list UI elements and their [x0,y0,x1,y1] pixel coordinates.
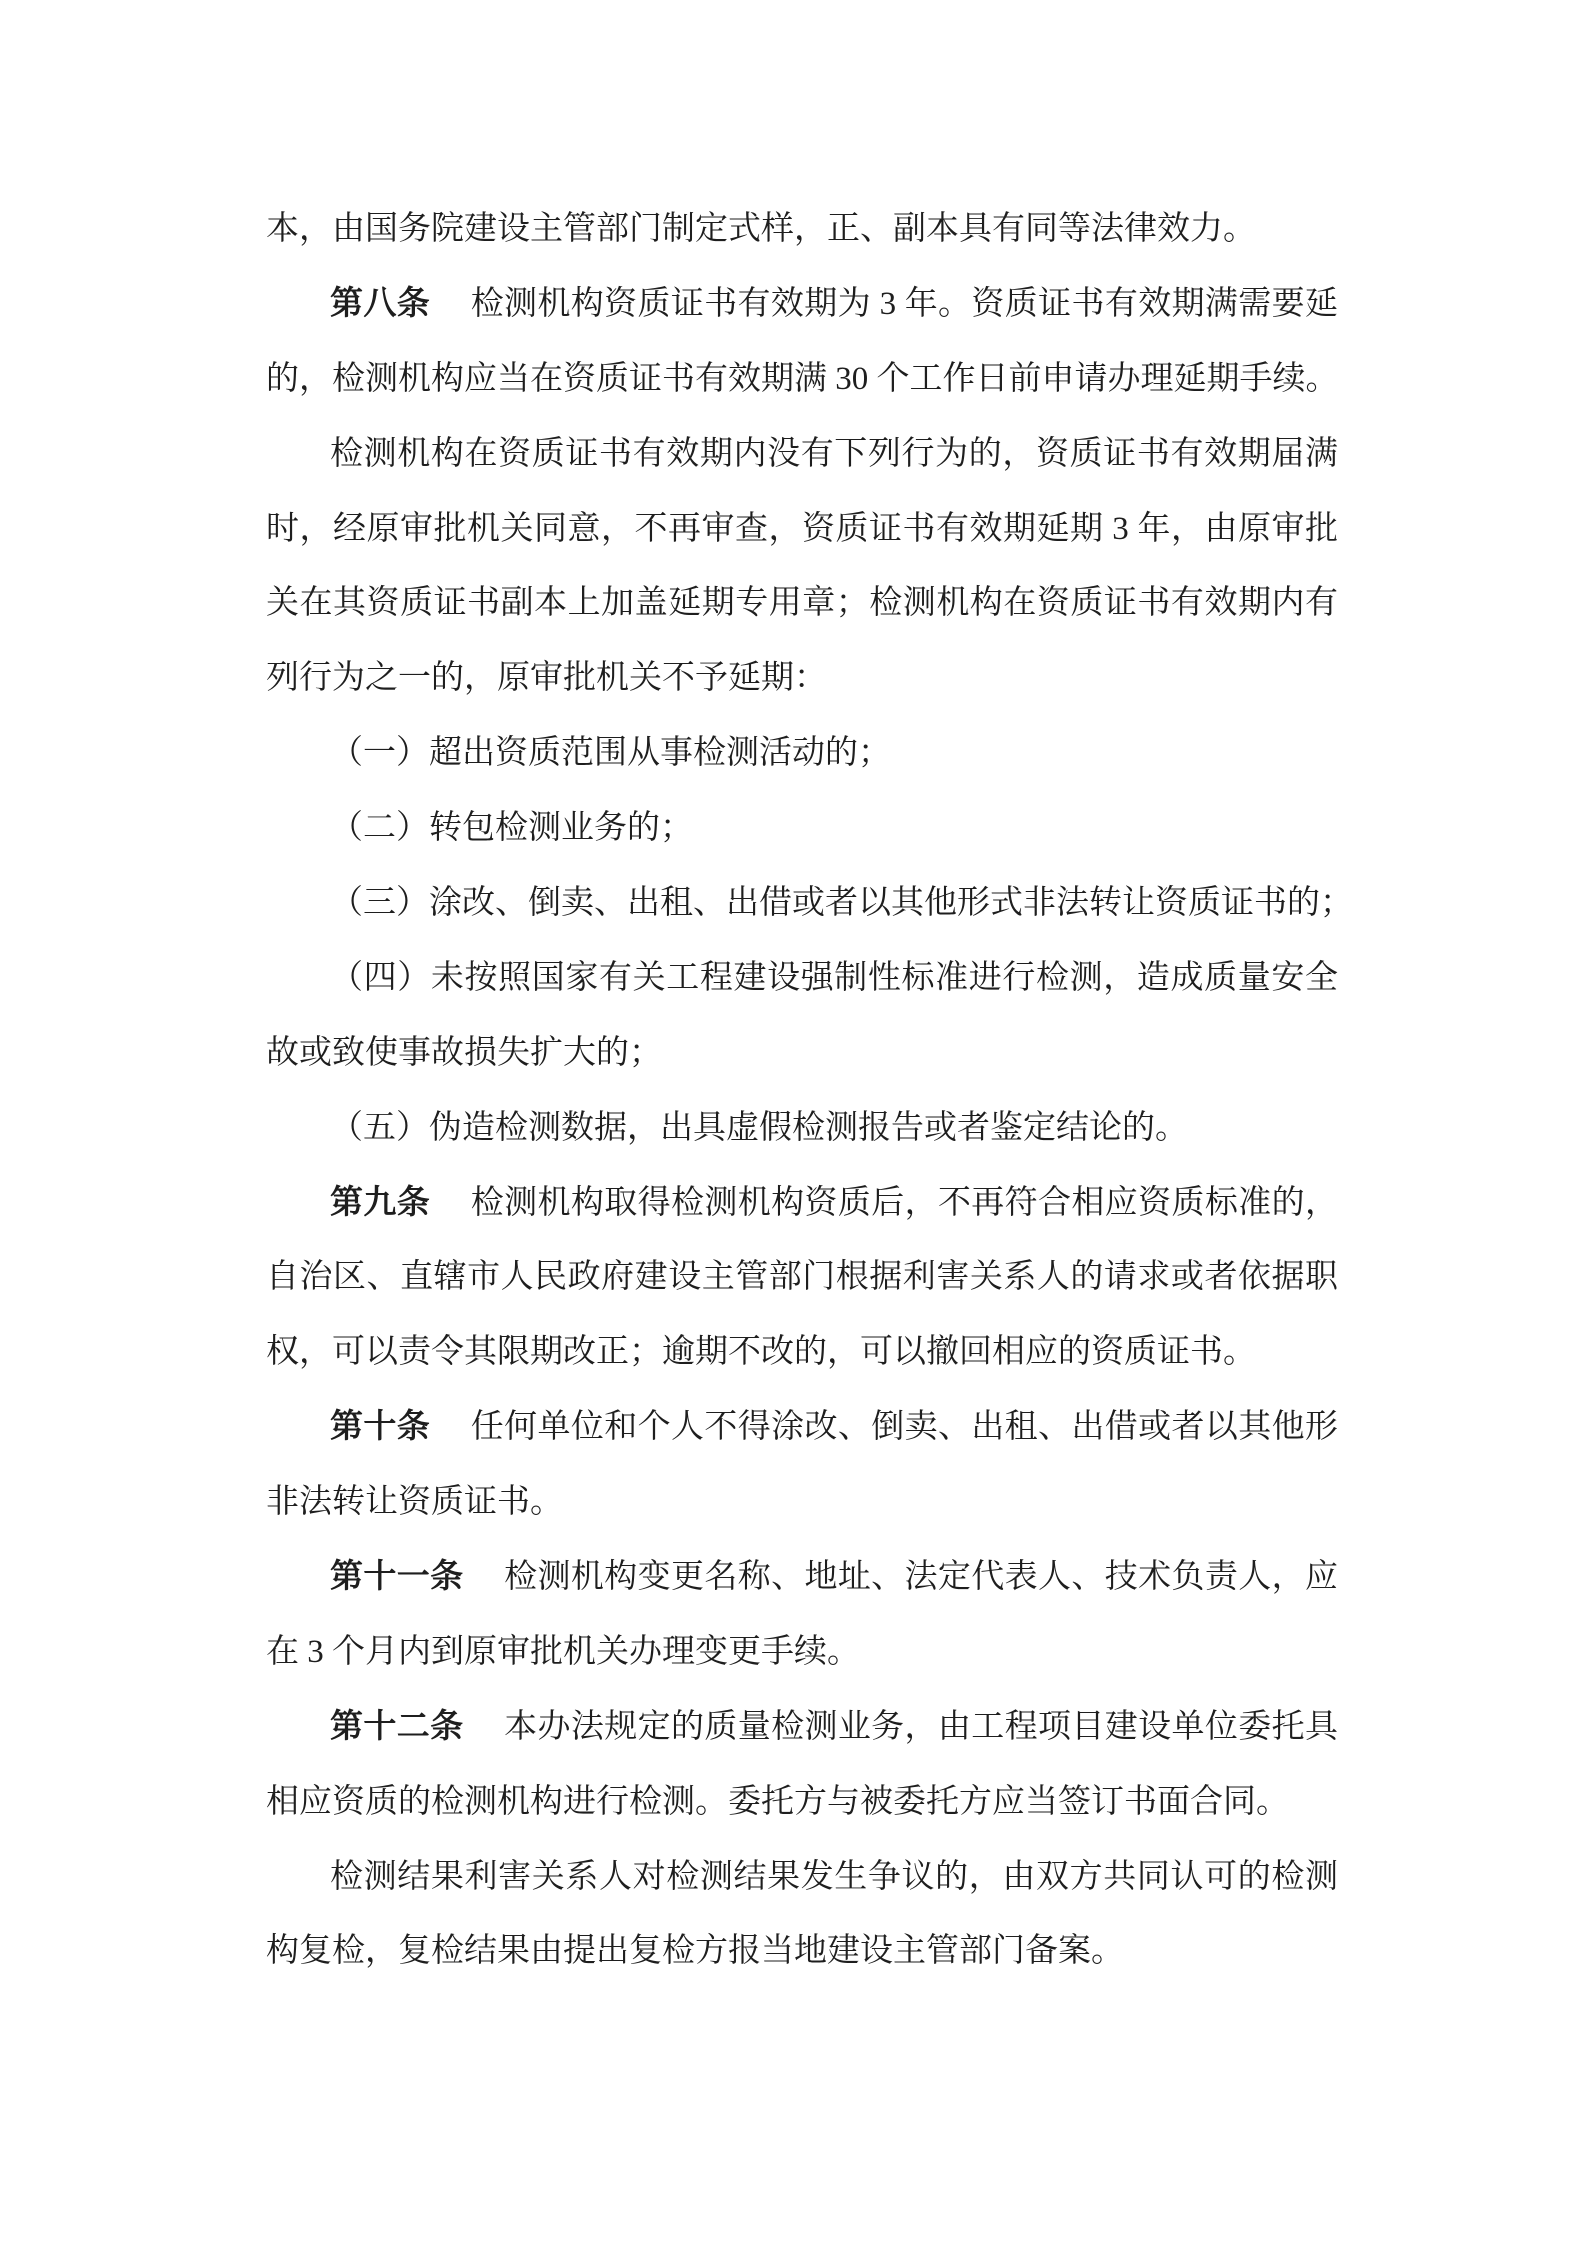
text-line: 第八条 检测机构资质证书有效期为 3 年。资质证书有效期满需要延期 [266,267,1338,342]
text-line: 检测结果利害关系人对检测结果发生争议的，由双方共同认可的检测机 [266,1840,1338,1915]
text-line: 第十条 任何单位和个人不得涂改、倒卖、出租、出借或者以其他形式 [266,1390,1338,1465]
text-line: 的，检测机构应当在资质证书有效期满 30 个工作日前申请办理延期手续。 [266,342,1338,417]
line-text: 检测机构在资质证书有效期内没有下列行为的，资质证书有效期届满 [330,436,1338,472]
text-line: 故或致使事故损失扩大的； [266,1016,1338,1091]
line-text: 检测结果利害关系人对检测结果发生争议的，由双方共同认可的检测机 [266,1859,1338,1915]
text-line: （三）涂改、倒卖、出租、出借或者以其他形式非法转让资质证书的； [266,866,1338,941]
article-number-label: 第十一条 [330,1559,463,1595]
line-text: 自治区、直辖市人民政府建设主管部门根据利害关系人的请求或者依据职 [266,1259,1338,1295]
line-text: 的，检测机构应当在资质证书有效期满 30 个工作日前申请办理延期手续。 [266,361,1339,397]
line-text: （五）伪造检测数据，出具虚假检测报告或者鉴定结论的。 [330,1110,1188,1146]
text-line: 权，可以责令其限期改正；逾期不改的，可以撤回相应的资质证书。 [266,1315,1338,1390]
line-text: （四）未按照国家有关工程建设强制性标准进行检测，造成质量安全事 [266,960,1338,1016]
line-text: 在 3 个月内到原审批机关办理变更手续。 [266,1634,860,1670]
text-line: 第十一条 检测机构变更名称、地址、法定代表人、技术负责人，应当 [266,1540,1338,1615]
text-line: 时，经原审批机关同意，不再审查，资质证书有效期延期 3 年，由原审批机 [266,492,1338,567]
text-line: 列行为之一的，原审批机关不予延期： [266,641,1338,716]
text-line: 相应资质的检测机构进行检测。委托方与被委托方应当签订书面合同。 [266,1765,1338,1840]
line-text: 非法转让资质证书。 [266,1484,563,1520]
article-number-label: 第十二条 [330,1709,463,1745]
text-line: 检测机构在资质证书有效期内没有下列行为的，资质证书有效期届满 [266,417,1338,492]
text-line: 构复检，复检结果由提出复检方报当地建设主管部门备案。 [266,1914,1338,1989]
text-line: （二）转包检测业务的； [266,791,1338,866]
text-line: 第九条 检测机构取得检测机构资质后，不再符合相应资质标准的，省、 [266,1166,1338,1241]
text-line: （一）超出资质范围从事检测活动的； [266,716,1338,791]
text-line: 关在其资质证书副本上加盖延期专用章；检测机构在资质证书有效期内有下 [266,566,1338,641]
text-line: （四）未按照国家有关工程建设强制性标准进行检测，造成质量安全事 [266,941,1338,1016]
text-block: 本，由国务院建设主管部门制定式样，正、副本具有同等法律效力。 第八条 检测机构资… [266,192,1338,1989]
line-text: 相应资质的检测机构进行检测。委托方与被委托方应当签订书面合同。 [266,1784,1289,1820]
document-page: 本，由国务院建设主管部门制定式样，正、副本具有同等法律效力。 第八条 检测机构资… [0,0,1587,2245]
line-text: 列行为之一的，原审批机关不予延期： [266,660,827,696]
line-text: 故或致使事故损失扩大的； [266,1035,662,1071]
text-line: （五）伪造检测数据，出具虚假检测报告或者鉴定结论的。 [266,1091,1338,1166]
text-line: 第十二条 本办法规定的质量检测业务，由工程项目建设单位委托具有 [266,1690,1338,1765]
line-text: （三）涂改、倒卖、出租、出借或者以其他形式非法转让资质证书的； [330,885,1353,921]
line-text: 关在其资质证书副本上加盖延期专用章；检测机构在资质证书有效期内有下 [266,585,1338,641]
text-line: 本，由国务院建设主管部门制定式样，正、副本具有同等法律效力。 [266,192,1338,267]
article-number-label: 第十条 [330,1409,430,1445]
text-line: 非法转让资质证书。 [266,1465,1338,1540]
line-text: （一）超出资质范围从事检测活动的； [330,735,891,771]
text-line: 自治区、直辖市人民政府建设主管部门根据利害关系人的请求或者依据职 [266,1240,1338,1315]
line-text: （二）转包检测业务的； [330,810,693,846]
article-number-label: 第九条 [330,1185,430,1221]
text-line: 在 3 个月内到原审批机关办理变更手续。 [266,1615,1338,1690]
line-text: 时，经原审批机关同意，不再审查，资质证书有效期延期 3 年，由原审批机 [266,511,1338,567]
line-text: 权，可以责令其限期改正；逾期不改的，可以撤回相应的资质证书。 [266,1334,1256,1370]
line-text: 本，由国务院建设主管部门制定式样，正、副本具有同等法律效力。 [266,211,1256,247]
line-text: 构复检，复检结果由提出复检方报当地建设主管部门备案。 [266,1933,1124,1969]
article-number-label: 第八条 [330,286,430,322]
